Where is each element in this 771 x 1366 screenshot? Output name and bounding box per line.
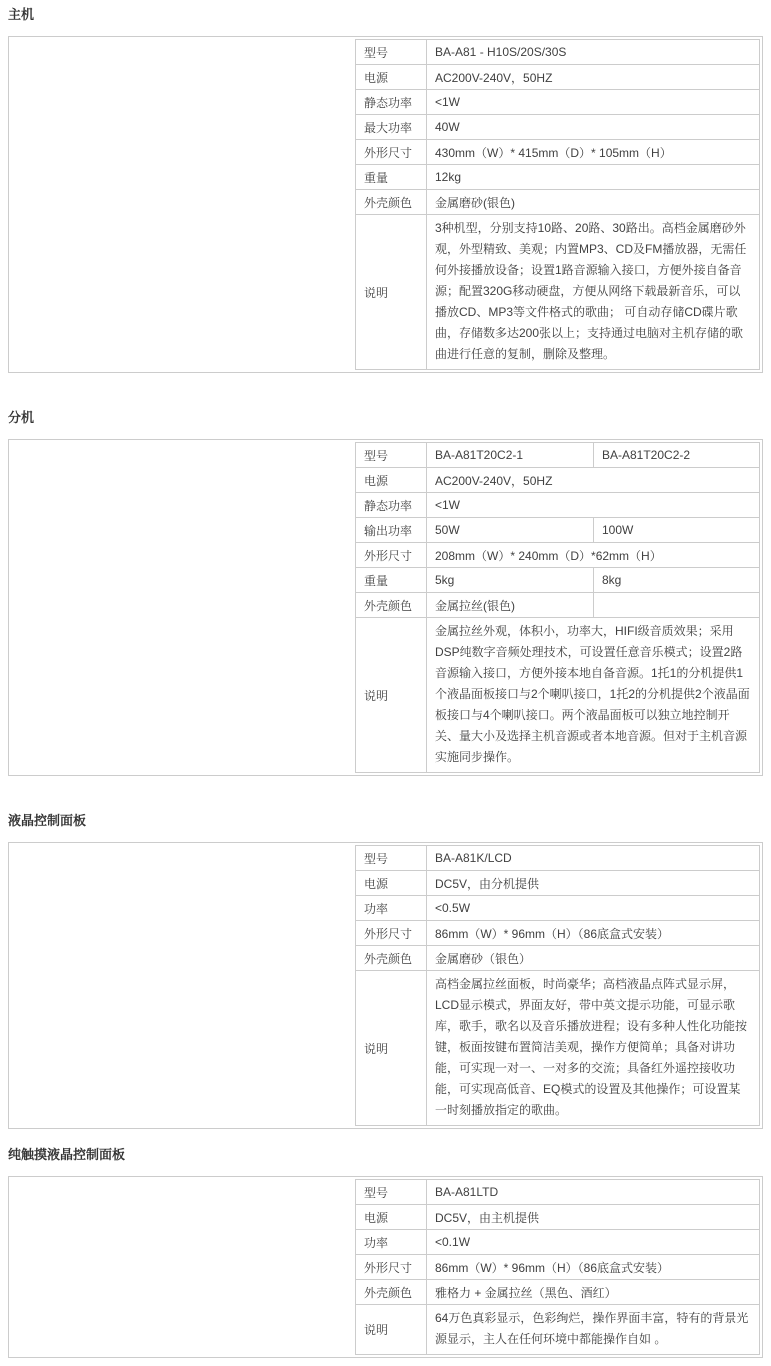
spec-description: 金属拉丝外观，体积小，功率大，HIFI级音质效果；采用DSP纯数字音频处理技术，… xyxy=(427,618,760,773)
spec-value: 40W xyxy=(427,115,760,140)
spec-row: 最大功率40W xyxy=(356,115,760,140)
spec-value: 金属磨砂（银色） xyxy=(427,946,760,971)
spec-row: 说明64万色真彩显示，色彩绚烂，操作界面丰富，特有的背景光源显示，主人在任何环境… xyxy=(356,1305,760,1355)
spec-value: <1W xyxy=(427,90,760,115)
spec-value: 12kg xyxy=(427,165,760,190)
spec-value xyxy=(594,593,760,618)
spec-value: AC200V-240V，50HZ xyxy=(427,468,760,493)
spec-label: 说明 xyxy=(356,618,427,773)
product-image-placeholder xyxy=(9,1177,355,1357)
spec-label: 型号 xyxy=(356,1180,427,1205)
spec-row: 功率<0.1W xyxy=(356,1230,760,1255)
spec-table-main-unit: 型号BA-A81 - H10S/20S/30S电源AC200V-240V，50H… xyxy=(355,39,760,370)
product-box-extension-unit: 型号BA-A81T20C2-1BA-A81T20C2-2电源AC200V-240… xyxy=(8,439,763,776)
spec-label: 重量 xyxy=(356,165,427,190)
spec-row: 静态功率<1W xyxy=(356,493,760,518)
product-box-lcd-control-panel: 型号BA-A81K/LCD电源DC5V，由分机提供功率<0.5W外形尺寸86mm… xyxy=(8,842,763,1129)
spec-label: 电源 xyxy=(356,871,427,896)
spec-label: 外形尺寸 xyxy=(356,140,427,165)
spec-row: 重量12kg xyxy=(356,165,760,190)
spec-value: DC5V，由主机提供 xyxy=(427,1205,760,1230)
spec-row: 外壳颜色金属磨砂(银色) xyxy=(356,190,760,215)
spec-description: 高档金属拉丝面板，时尚豪华；高档液晶点阵式显示屏，LCD显示模式，界面友好，带中… xyxy=(427,971,760,1126)
spec-row: 说明金属拉丝外观，体积小，功率大，HIFI级音质效果；采用DSP纯数字音频处理技… xyxy=(356,618,760,773)
product-box-main-unit: 型号BA-A81 - H10S/20S/30S电源AC200V-240V，50H… xyxy=(8,36,763,373)
spec-label: 说明 xyxy=(356,1305,427,1355)
spec-label: 外壳颜色 xyxy=(356,593,427,618)
spec-row: 电源AC200V-240V，50HZ xyxy=(356,468,760,493)
spec-label: 外壳颜色 xyxy=(356,190,427,215)
spec-row: 外壳颜色雅格力 + 金属拉丝（黑色、酒红） xyxy=(356,1280,760,1305)
section-lcd-control-panel: 液晶控制面板 型号BA-A81K/LCD电源DC5V，由分机提供功率<0.5W外… xyxy=(8,814,763,1129)
spec-row: 外形尺寸86mm（W）* 96mm（H）（86底盒式安装） xyxy=(356,921,760,946)
spec-description: 64万色真彩显示，色彩绚烂，操作界面丰富，特有的背景光源显示，主人在任何环境中都… xyxy=(427,1305,760,1355)
spec-value: BA-A81T20C2-2 xyxy=(594,443,760,468)
spec-value: BA-A81 - H10S/20S/30S xyxy=(427,40,760,65)
spec-value: 86mm（W）* 96mm（H）（86底盒式安装） xyxy=(427,921,760,946)
product-image-placeholder xyxy=(9,440,355,775)
spec-label: 功率 xyxy=(356,1230,427,1255)
spec-page: 主机 型号BA-A81 - H10S/20S/30S电源AC200V-240V，… xyxy=(0,0,771,1366)
spec-row: 型号BA-A81K/LCD xyxy=(356,846,760,871)
spec-label: 输出功率 xyxy=(356,518,427,543)
section-title-main-unit: 主机 xyxy=(8,8,763,22)
spec-row: 外壳颜色金属拉丝(银色) xyxy=(356,593,760,618)
spec-value: 86mm（W）* 96mm（H）（86底盒式安装） xyxy=(427,1255,760,1280)
spec-row: 外形尺寸430mm（W）* 415mm（D）* 105mm（H） xyxy=(356,140,760,165)
spec-row: 外形尺寸208mm（W）* 240mm（D）*62mm（H） xyxy=(356,543,760,568)
section-title-extension-unit: 分机 xyxy=(8,411,763,425)
spec-value: 100W xyxy=(594,518,760,543)
spec-row: 输出功率50W100W xyxy=(356,518,760,543)
product-image-placeholder xyxy=(9,843,355,1128)
spec-label: 外形尺寸 xyxy=(356,921,427,946)
spec-label: 型号 xyxy=(356,443,427,468)
spec-label: 功率 xyxy=(356,896,427,921)
spec-label: 型号 xyxy=(356,40,427,65)
spec-value: 金属磨砂(银色) xyxy=(427,190,760,215)
spec-label: 重量 xyxy=(356,568,427,593)
spec-row: 说明3种机型，分别支持10路、20路、30路出。高档金属磨砂外观，外型精致、美观… xyxy=(356,215,760,370)
spec-row: 外形尺寸86mm（W）* 96mm（H）（86底盒式安装） xyxy=(356,1255,760,1280)
spec-table-extension-unit: 型号BA-A81T20C2-1BA-A81T20C2-2电源AC200V-240… xyxy=(355,442,760,773)
spec-value: BA-A81LTD xyxy=(427,1180,760,1205)
section-touch-lcd-control-panel: 纯触摸液晶控制面板 型号BA-A81LTD电源DC5V，由主机提供功率<0.1W… xyxy=(8,1148,763,1358)
spec-value: 430mm（W）* 415mm（D）* 105mm（H） xyxy=(427,140,760,165)
spec-label: 外壳颜色 xyxy=(356,946,427,971)
spec-value: 208mm（W）* 240mm（D）*62mm（H） xyxy=(427,543,760,568)
spec-value: 50W xyxy=(427,518,594,543)
spec-row: 静态功率<1W xyxy=(356,90,760,115)
product-image-placeholder xyxy=(9,37,355,372)
spec-value: BA-A81T20C2-1 xyxy=(427,443,594,468)
spec-value: 8kg xyxy=(594,568,760,593)
spec-value: 5kg xyxy=(427,568,594,593)
spec-label: 静态功率 xyxy=(356,493,427,518)
spec-label: 说明 xyxy=(356,971,427,1126)
spec-label: 型号 xyxy=(356,846,427,871)
spec-row: 电源AC200V-240V，50HZ xyxy=(356,65,760,90)
section-title-touch-lcd-control-panel: 纯触摸液晶控制面板 xyxy=(8,1148,763,1162)
spec-value: 金属拉丝(银色) xyxy=(427,593,594,618)
spec-label: 最大功率 xyxy=(356,115,427,140)
spec-row: 说明高档金属拉丝面板，时尚豪华；高档液晶点阵式显示屏，LCD显示模式，界面友好，… xyxy=(356,971,760,1126)
spec-row: 电源DC5V，由分机提供 xyxy=(356,871,760,896)
spec-row: 功率<0.5W xyxy=(356,896,760,921)
spec-value: AC200V-240V，50HZ xyxy=(427,65,760,90)
spec-label: 静态功率 xyxy=(356,90,427,115)
spec-row: 重量5kg8kg xyxy=(356,568,760,593)
spec-table-touch-lcd-control-panel: 型号BA-A81LTD电源DC5V，由主机提供功率<0.1W外形尺寸86mm（W… xyxy=(355,1179,760,1355)
spec-label: 外形尺寸 xyxy=(356,543,427,568)
spec-value: <0.5W xyxy=(427,896,760,921)
section-title-lcd-control-panel: 液晶控制面板 xyxy=(8,814,763,828)
spec-row: 型号BA-A81 - H10S/20S/30S xyxy=(356,40,760,65)
spec-value: <1W xyxy=(427,493,760,518)
spec-label: 外壳颜色 xyxy=(356,1280,427,1305)
spec-description: 3种机型，分别支持10路、20路、30路出。高档金属磨砂外观，外型精致、美观；内… xyxy=(427,215,760,370)
section-main-unit: 主机 型号BA-A81 - H10S/20S/30S电源AC200V-240V，… xyxy=(8,8,763,373)
spec-row: 型号BA-A81T20C2-1BA-A81T20C2-2 xyxy=(356,443,760,468)
spec-label: 电源 xyxy=(356,1205,427,1230)
spec-row: 外壳颜色金属磨砂（银色） xyxy=(356,946,760,971)
section-extension-unit: 分机 型号BA-A81T20C2-1BA-A81T20C2-2电源AC200V-… xyxy=(8,411,763,776)
spec-label: 外形尺寸 xyxy=(356,1255,427,1280)
spec-label: 电源 xyxy=(356,468,427,493)
product-box-touch-lcd-control-panel: 型号BA-A81LTD电源DC5V，由主机提供功率<0.1W外形尺寸86mm（W… xyxy=(8,1176,763,1358)
spec-row: 型号BA-A81LTD xyxy=(356,1180,760,1205)
spec-label: 说明 xyxy=(356,215,427,370)
spec-value: DC5V，由分机提供 xyxy=(427,871,760,896)
spec-table-lcd-control-panel: 型号BA-A81K/LCD电源DC5V，由分机提供功率<0.5W外形尺寸86mm… xyxy=(355,845,760,1126)
spec-value: BA-A81K/LCD xyxy=(427,846,760,871)
spec-value: 雅格力 + 金属拉丝（黑色、酒红） xyxy=(427,1280,760,1305)
spec-row: 电源DC5V，由主机提供 xyxy=(356,1205,760,1230)
spec-label: 电源 xyxy=(356,65,427,90)
spec-value: <0.1W xyxy=(427,1230,760,1255)
